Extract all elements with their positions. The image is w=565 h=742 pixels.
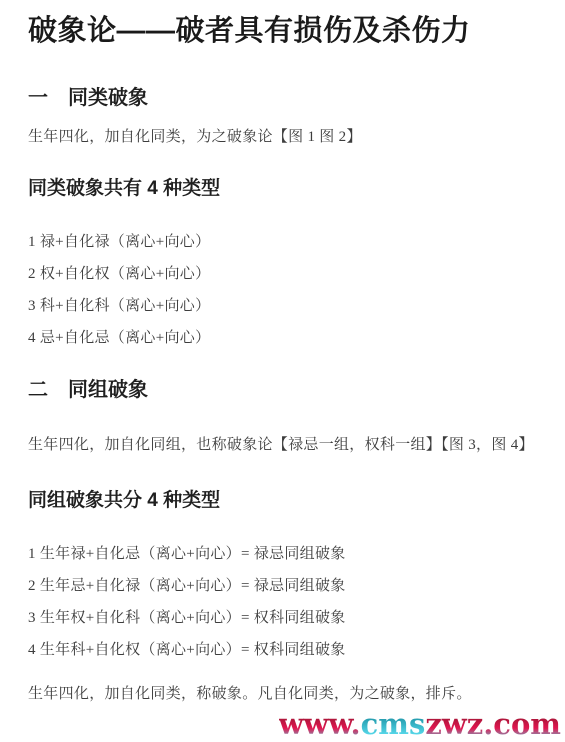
list-item: 2 生年忌+自化禄（离心+向心）= 禄忌同组破象 [28, 577, 537, 595]
section-1-heading: 一 同类破象 [28, 86, 537, 110]
section-2-subheading: 同组破象共分 4 种类型 [28, 488, 537, 513]
watermark-segment: cms [361, 707, 426, 741]
list-item: 4 生年科+自化权（离心+向心）= 权科同组破象 [28, 641, 537, 659]
closing-note: 生年四化，加自化同类，称破象。凡自化同类，为之破象，排斥。 [28, 685, 537, 703]
section-1-subheading: 同类破象共有 4 种类型 [28, 176, 537, 201]
article-page: 破象论——破者具有损伤及杀伤力 一 同类破象 生年四化，加自化同类，为之破象论【… [0, 0, 565, 703]
watermark-segment: zwz.com [425, 707, 561, 741]
site-watermark: www.cmszwz.com [279, 708, 561, 740]
list-item: 1 禄+自化禄（离心+向心） [28, 233, 537, 251]
page-title: 破象论——破者具有损伤及杀伤力 [28, 14, 537, 48]
list-item: 2 权+自化权（离心+向心） [28, 265, 537, 283]
section-2-intro: 生年四化，加自化同组，也称破象论【禄忌一组，权科一组】【图 3，图 4】 [28, 436, 537, 454]
section-1-intro: 生年四化，加自化同类，为之破象论【图 1 图 2】 [28, 128, 537, 146]
list-item: 3 科+自化科（离心+向心） [28, 297, 537, 315]
list-item: 1 生年禄+自化忌（离心+向心）= 禄忌同组破象 [28, 545, 537, 563]
list-item: 4 忌+自化忌（离心+向心） [28, 329, 537, 347]
watermark-segment: www. [279, 707, 361, 741]
list-item: 3 生年权+自化科（离心+向心）= 权科同组破象 [28, 609, 537, 627]
section-2-heading: 二 同组破象 [28, 378, 537, 402]
